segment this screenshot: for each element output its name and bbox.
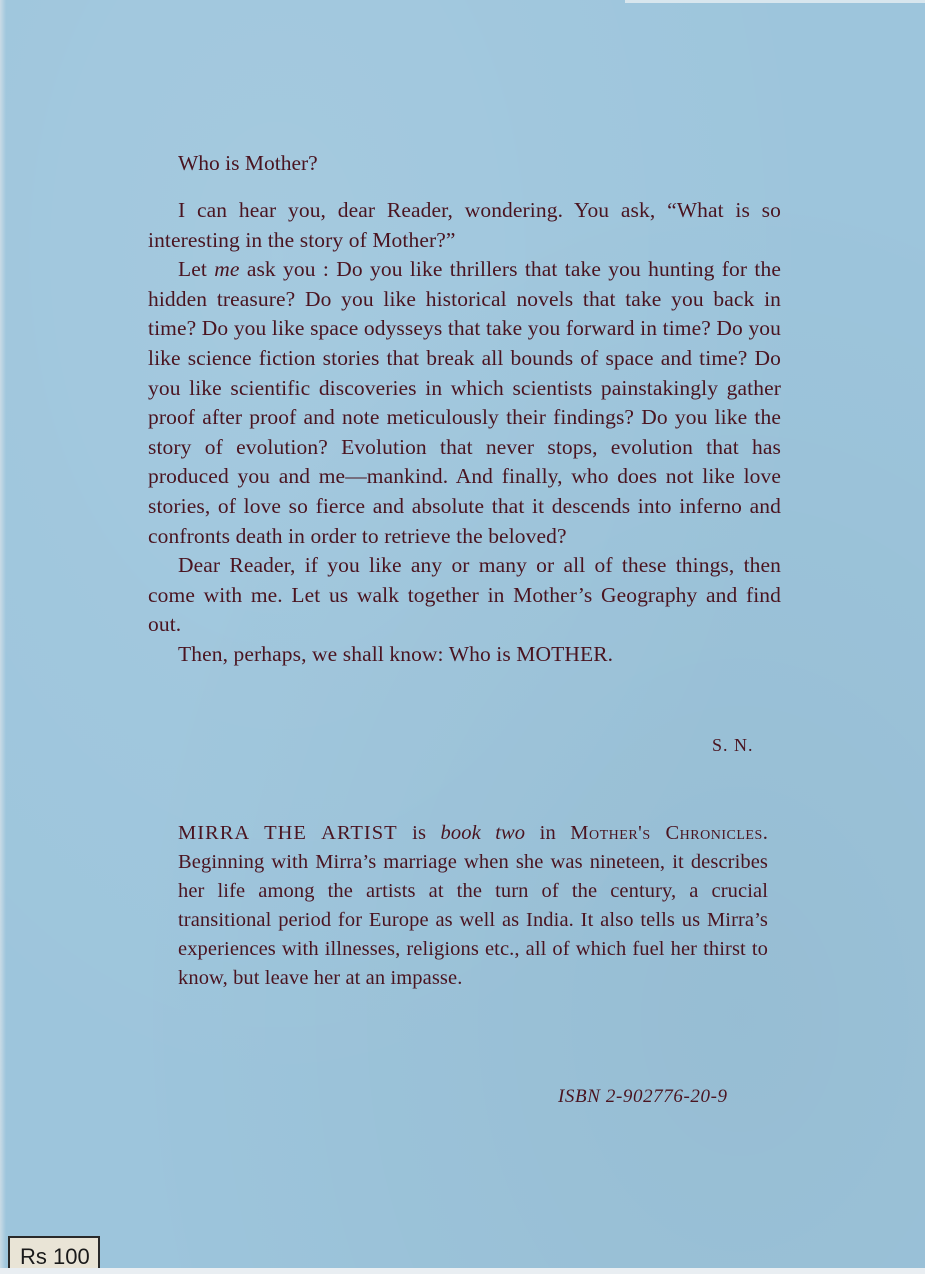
intro-text: I can hear you, dear Reader, wondering. …: [148, 196, 781, 670]
page-edge-bottom: [0, 1268, 925, 1274]
book-title: MIRRA THE ARTIST: [178, 822, 398, 844]
signature: S. N.: [712, 735, 754, 756]
price-label: Rs 100: [20, 1244, 90, 1269]
p2-lead: Let: [178, 257, 214, 281]
p2-emphasis: me: [214, 257, 239, 281]
book-number: book two: [441, 822, 526, 844]
p2-rest: ask you : Do you like thrillers that tak…: [148, 257, 781, 547]
book-blurb: MIRRA THE ARTIST is book two in Mother's…: [178, 819, 768, 993]
intro-paragraph-3: Dear Reader, if you like any or many or …: [148, 551, 781, 640]
blurb-rest: . Beginning with Mirra’s marriage when s…: [178, 822, 768, 989]
blurb-in: in: [525, 822, 570, 844]
intro-paragraph-1: I can hear you, dear Reader, wondering. …: [148, 196, 781, 255]
heading-who-is-mother: Who is Mother?: [178, 148, 318, 178]
intro-paragraph-4: Then, perhaps, we shall know: Who is MOT…: [148, 640, 781, 670]
intro-paragraph-2: Let me ask you : Do you like thrillers t…: [148, 255, 781, 551]
page-edge-left: [0, 0, 6, 1274]
page-edge-top: [625, 0, 925, 3]
blurb-is: is: [398, 822, 441, 844]
blurb-paragraph: MIRRA THE ARTIST is book two in Mother's…: [178, 819, 768, 993]
series-name: Mother's Chronicles: [570, 822, 762, 844]
isbn: ISBN 2-902776-20-9: [558, 1086, 728, 1108]
